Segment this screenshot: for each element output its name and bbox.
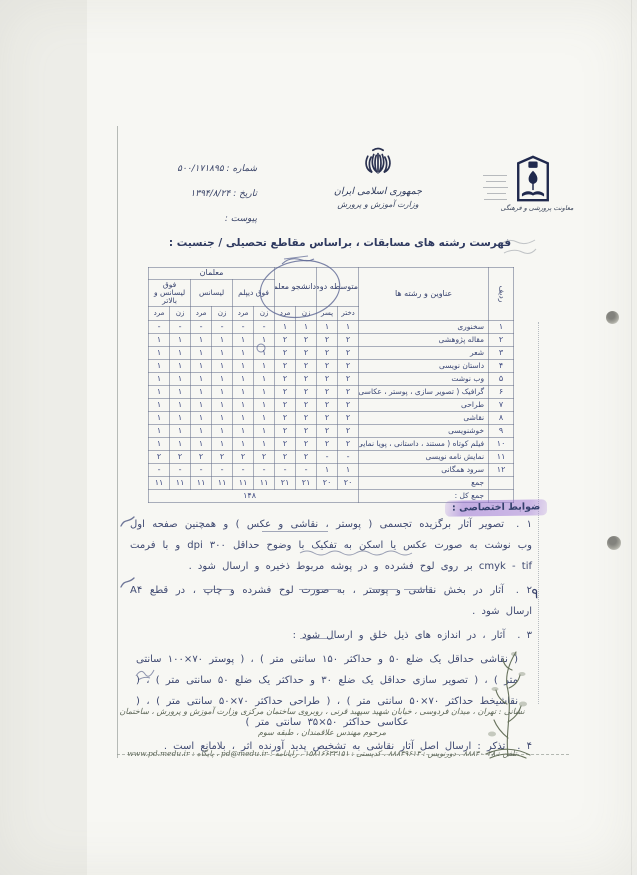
row-number: ۶: [489, 386, 514, 399]
row-value: ۲: [296, 386, 317, 399]
underline-mark: [372, 589, 398, 590]
row-value: ۱: [233, 425, 254, 438]
row-label: گرافیک ( تصویر سازی ، پوستر ، عکاسی ): [359, 386, 489, 399]
row-value: ۲: [317, 386, 338, 399]
footer-contact: تلفن : ۸۸۸۳۰۰۲۸ ، دورنویس : ۸۸۸۳۹۶۱۳ ، ک…: [118, 743, 526, 764]
letterhead-meta: شماره : ۵۰۰/۱۷۱۸۹۵ تاریخ : ۱۳۹۴/۸/۲۴ پیو…: [145, 157, 257, 232]
row-value: -: [317, 451, 338, 464]
row-value: ۱: [191, 438, 212, 451]
rule-text: تصویر آثار برگزیده تجسمی ( پوستر ، نقاشی…: [130, 519, 532, 572]
row-value: ۱: [338, 464, 359, 477]
table-row: ۳شعر۲۲۲۲۱۱۱۱۱۱: [149, 347, 514, 360]
row-value: -: [170, 464, 191, 477]
row-value: ۱: [170, 360, 191, 373]
row-value: ۲: [317, 334, 338, 347]
row-value: ۱: [317, 464, 338, 477]
table-row: ۱۱نمایش نامه نویسی--۲۲۲۲۲۲۲۲: [149, 451, 514, 464]
row-value: ۲: [296, 425, 317, 438]
table-row: ۶گرافیک ( تصویر سازی ، پوستر ، عکاسی )۲۲…: [149, 386, 514, 399]
row-value: ۲: [317, 412, 338, 425]
total-value: ۲۰: [317, 477, 338, 490]
row-value: ۱: [212, 399, 233, 412]
total-value: ۱۱: [191, 477, 212, 490]
subcol-man: مرد: [191, 307, 212, 321]
row-value: -: [170, 321, 191, 334]
row-value: ۲: [296, 373, 317, 386]
row-number: ۱: [489, 321, 514, 334]
underline-mark: [300, 638, 334, 639]
row-value: ۱: [233, 334, 254, 347]
row-value: ۲: [275, 360, 296, 373]
row-value: ۲: [317, 425, 338, 438]
row-value: ۱: [233, 438, 254, 451]
row-value: ۱: [170, 373, 191, 386]
row-value: ۱: [149, 399, 170, 412]
letter-number-value: ۵۰۰/۱۷۱۸۹۵: [177, 164, 224, 174]
row-value: ۲: [191, 451, 212, 464]
row-value: ۲: [233, 451, 254, 464]
row-value: ۱: [254, 360, 275, 373]
row-value: ۱: [170, 386, 191, 399]
row-number: ۳: [489, 347, 514, 360]
total-value: ۱۱: [170, 477, 191, 490]
logo-side-text-line: [484, 199, 507, 200]
table-row: ۸نقاشی۲۲۲۲۱۱۱۱۱۱: [149, 412, 514, 425]
scribble-annotation: [134, 664, 156, 682]
table-row: ۱۲سرود همگانی۱۱--------: [149, 464, 514, 477]
row-number: ۲: [489, 334, 514, 347]
row-value: ۱: [170, 412, 191, 425]
row-value: ۱: [212, 347, 233, 360]
org-logo-icon: [511, 155, 555, 203]
total-value: ۱۱: [254, 477, 275, 490]
row-label: طراحی: [359, 399, 489, 412]
letterhead-center: جمهوری اسلامی ایران وزارت آموزش و پرورش: [325, 146, 431, 209]
row-value: ۱: [191, 360, 212, 373]
wavy-underline-mark: [298, 549, 416, 557]
row-value: ۱: [191, 386, 212, 399]
page-right-edge: [631, 0, 632, 875]
row-label: شعر: [359, 347, 489, 360]
row-number: ۷: [489, 399, 514, 412]
table-row: ۴داستان نویسی۲۲۲۲۱۱۱۱۱۱: [149, 360, 514, 373]
row-label: سخنوری: [359, 321, 489, 334]
row-value: ۱: [149, 438, 170, 451]
row-value: ۱: [212, 373, 233, 386]
row-value: ۲: [338, 425, 359, 438]
row-value: ۱: [254, 438, 275, 451]
table-row: ۹خوشنویسی۲۲۲۲۱۱۱۱۱۱: [149, 425, 514, 438]
underline-mark: [299, 589, 339, 590]
row-number: ۹: [489, 425, 514, 438]
logo-side-text-line: [483, 187, 508, 188]
total-value: ۱۱: [233, 477, 254, 490]
row-value: -: [233, 464, 254, 477]
row-value: -: [296, 464, 317, 477]
row-value: ۱: [233, 399, 254, 412]
letter-date-value: ۱۳۹۴/۸/۲۴: [190, 189, 230, 199]
table-row: ۲مقاله پژوهشی۲۲۲۲۱۱۱۱۱۱: [149, 334, 514, 347]
row-value: -: [212, 464, 233, 477]
row-label: سرود همگانی: [359, 464, 489, 477]
col-header-master-plus: فوق لیسانس و بالاتر: [149, 280, 191, 307]
row-value: ۲: [338, 347, 359, 360]
row-label: وب نوشت: [359, 373, 489, 386]
row-value: ۱: [254, 425, 275, 438]
row-label: نمایش نامه نویسی: [359, 451, 489, 464]
row-value: ۱: [212, 425, 233, 438]
col-header-subjects: عناوین و رشته ها: [359, 268, 489, 321]
subcol-woman: زن: [170, 307, 191, 321]
footer: نشانی : تهران ، میدان فردوسی ، خیابان شه…: [118, 701, 526, 764]
row-label: مقاله پژوهشی: [359, 334, 489, 347]
row-value: ۲: [170, 451, 191, 464]
row-number: ۱۱: [489, 451, 514, 464]
row-value: ۱: [149, 425, 170, 438]
row-value: ۲: [275, 334, 296, 347]
row-label: فیلم کوتاه ( مستند ، داستانی ، پویا نمای…: [359, 438, 489, 451]
letter-attachment-label: پیوست :: [225, 214, 257, 224]
row-value: ۱: [254, 412, 275, 425]
table-body: ۱سخنوری۱۱۱۱------۲مقاله پژوهشی۲۲۲۲۱۱۱۱۱۱…: [149, 321, 514, 503]
row-value: ۲: [296, 412, 317, 425]
rule-item: ۳ .آثار ، در اندازه های ذیل خلق و ارسال …: [130, 625, 534, 646]
row-value: ۱: [149, 334, 170, 347]
total-value: ۲۱: [296, 477, 317, 490]
row-value: ۲: [338, 334, 359, 347]
row-value: ۲: [317, 347, 338, 360]
row-value: ۱: [191, 399, 212, 412]
total-value: ۱۱: [212, 477, 233, 490]
row-label: خوشنویسی: [359, 425, 489, 438]
row-value: -: [233, 321, 254, 334]
row-value: ۲: [296, 438, 317, 451]
org-caption: معاونت پرورشی و فرهنگی: [494, 204, 580, 212]
row-value: ۱: [233, 412, 254, 425]
letter-date-label: تاریخ :: [233, 189, 257, 199]
row-value: ۱: [212, 360, 233, 373]
row-value: ۱: [149, 347, 170, 360]
row-value: ۲: [275, 425, 296, 438]
row-value: ۱: [212, 438, 233, 451]
row-value: ۱: [149, 373, 170, 386]
row-label: نقاشی: [359, 412, 489, 425]
underline-mark: [203, 589, 233, 590]
row-label: داستان نویسی: [359, 360, 489, 373]
row-value: -: [254, 464, 275, 477]
total-value: ۱۱: [149, 477, 170, 490]
row-value: ۲: [275, 373, 296, 386]
row-value: ۱: [254, 373, 275, 386]
row-value: -: [149, 321, 170, 334]
table-row: ۷طراحی۲۲۲۲۱۱۱۱۱۱: [149, 399, 514, 412]
rule-number: ۱ .: [516, 519, 532, 530]
row-value: ۲: [275, 399, 296, 412]
row-value: ۱: [254, 399, 275, 412]
underline-mark: [404, 589, 432, 590]
logo-side-text-line: [483, 175, 507, 176]
row-value: ۲: [338, 386, 359, 399]
row-value: ۱: [212, 412, 233, 425]
row-number: ۵: [489, 373, 514, 386]
logo-side-text-line: [486, 181, 506, 182]
subcol-man: مرد: [233, 307, 254, 321]
row-value: ۲: [275, 347, 296, 360]
row-value: ۱: [170, 399, 191, 412]
letter-attachment-line: پیوست :: [145, 207, 257, 232]
table-row: ۱۰فیلم کوتاه ( مستند ، داستانی ، پویا نم…: [149, 438, 514, 451]
punch-hole-bottom: [607, 536, 621, 550]
row-value: -: [149, 464, 170, 477]
row-value: ۱: [233, 347, 254, 360]
col-header-bachelor: لیسانس: [191, 280, 233, 307]
ellipse-annotation: [252, 250, 348, 324]
row-value: -: [191, 464, 212, 477]
row-value: ۲: [212, 451, 233, 464]
country-title: جمهوری اسلامی ایران: [325, 186, 431, 197]
row-value: ۱: [191, 425, 212, 438]
scan-left-shadow: [0, 0, 87, 875]
row-value: ۱: [212, 386, 233, 399]
org-logo: [511, 155, 555, 207]
scanned-letter-page: شماره : ۵۰۰/۱۷۱۸۹۵ تاریخ : ۱۳۹۴/۸/۲۴ پیو…: [0, 0, 637, 875]
row-value: ۲: [317, 438, 338, 451]
row-value: ۲: [338, 360, 359, 373]
subcol-man: مرد: [149, 307, 170, 321]
row-value: ۱: [149, 360, 170, 373]
rule-item: ۱ .تصویر آثار برگزیده تجسمی ( پوستر ، نق…: [130, 514, 534, 577]
row-value: ۲: [317, 399, 338, 412]
row-value: -: [212, 321, 233, 334]
rule-number: ۲ .: [516, 585, 532, 596]
subcol-woman: زن: [212, 307, 233, 321]
punch-hole-top: [606, 311, 619, 324]
total-value: ۲۱: [275, 477, 296, 490]
national-emblem-icon: [361, 146, 395, 180]
rule-text: آثار ، در اندازه های ذیل خلق و ارسال شود…: [293, 630, 506, 641]
row-value: ۱: [170, 425, 191, 438]
grand-total-value: ۱۴۸: [149, 490, 359, 503]
row-value: ۲: [296, 360, 317, 373]
circle-mark-annotation: [255, 342, 267, 354]
total-label: جمع: [359, 477, 489, 490]
row-value: ۲: [275, 451, 296, 464]
row-number: ۱۲: [489, 464, 514, 477]
row-value: ۲: [338, 438, 359, 451]
row-value: ۱: [233, 360, 254, 373]
row-number: ۴: [489, 360, 514, 373]
underline-mark: [262, 531, 328, 532]
rules-section-title: ضوابط اختصاصی :: [445, 495, 547, 516]
page-title: فهرست رشته های مسابقات ، براساس مقاطع تح…: [150, 237, 530, 249]
row-value: ۲: [275, 412, 296, 425]
row-value: ۱: [170, 347, 191, 360]
row-value: ۲: [149, 451, 170, 464]
row-value: ۲: [296, 399, 317, 412]
logo-side-text-line: [487, 193, 506, 194]
row-value: -: [191, 321, 212, 334]
row-number: ۱۰: [489, 438, 514, 451]
row-value: ۲: [296, 451, 317, 464]
row-value: ۱: [170, 334, 191, 347]
checkmark-annotation: [119, 515, 137, 529]
row-value: ۱: [191, 412, 212, 425]
row-value: ۲: [254, 451, 275, 464]
footer-address: نشانی : تهران ، میدان فردوسی ، خیابان شه…: [118, 701, 526, 743]
row-value: ۱: [212, 334, 233, 347]
row-value: ۲: [275, 386, 296, 399]
letter-date-line: تاریخ : ۱۳۹۴/۸/۲۴: [145, 182, 257, 207]
row-value: ۱: [149, 386, 170, 399]
col-header-row-number: ردیف: [489, 268, 514, 321]
row-value: -: [275, 464, 296, 477]
rule-number: ۳ .: [517, 630, 532, 641]
row-value: -: [338, 451, 359, 464]
checkmark-annotation: [119, 576, 137, 590]
row-value: ۱: [149, 412, 170, 425]
row-value: ۲: [296, 347, 317, 360]
row-value: ۱: [191, 347, 212, 360]
letter-number-line: شماره : ۵۰۰/۱۷۱۸۹۵: [145, 157, 257, 182]
row-number: ۸: [489, 412, 514, 425]
total-value: ۲۰: [338, 477, 359, 490]
ministry-title: وزارت آموزش و پرورش: [325, 200, 431, 209]
row-value: ۱: [191, 373, 212, 386]
row-value: ۲: [275, 438, 296, 451]
row-value: ۱: [233, 373, 254, 386]
row-value: ۱: [191, 334, 212, 347]
row-value: ۱: [233, 386, 254, 399]
rule-item: ۲ .آثار در بخش نقاشی و پوستر ، به صورت ل…: [130, 580, 534, 622]
fold-line: [117, 126, 118, 758]
row-value: ۲: [317, 360, 338, 373]
row-value: ۲: [338, 399, 359, 412]
table-row: ۵وب نوشت۲۲۲۲۱۱۱۱۱۱: [149, 373, 514, 386]
row-value: ۲: [338, 412, 359, 425]
total-row-number-empty: [489, 477, 514, 490]
row-value: ۲: [296, 334, 317, 347]
row-value: ۲: [338, 373, 359, 386]
letter-number-label: شماره :: [227, 164, 257, 174]
row-value: ۱: [170, 438, 191, 451]
row-value: ۲: [317, 373, 338, 386]
row-value: ۱: [254, 386, 275, 399]
total-row: جمع۲۰۲۰۲۱۲۱۱۱۱۱۱۱۱۱۱۱۱۱: [149, 477, 514, 490]
